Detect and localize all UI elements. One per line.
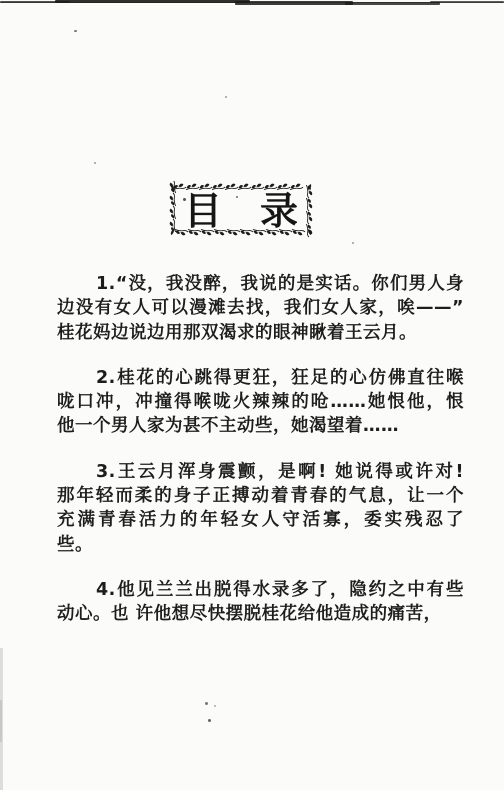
toc-line: 那年轻而柔的身子正搏动着青春的气息，让一个 <box>57 484 464 508</box>
page-title: 目 录 <box>167 181 315 238</box>
toc-entry: 1.“没，我没醉，我说的是实话。你们男人身边没有女人可以漫滩去找，我们女人家，唉… <box>57 272 464 345</box>
scan-artifact-top-edge <box>0 0 504 8</box>
scan-speck <box>74 30 77 32</box>
toc-title-box: 目 录 <box>167 181 315 238</box>
title-char-lu: 录 <box>260 192 298 230</box>
toc-line: 桂花妈边说边用那双渴求的眼神瞅着王云月。 <box>57 321 464 345</box>
toc-line: 3.王云月浑身震颤，是啊! 她说得或许对! <box>57 460 464 484</box>
scanned-book-page: 目 录 1.“没，我没醉，我说的是实话。你们男人身边没有女人可以漫滩去找，我们女… <box>0 0 504 790</box>
toc-entry: 3.王云月浑身震颤，是啊! 她说得或许对!那年轻而柔的身子正搏动着青春的气息，让… <box>57 460 464 557</box>
scan-edge-shadow <box>0 700 2 742</box>
toc-entry: 2.桂花的心跳得更狂，狂足的心仿佛直往喉咙口冲，冲撞得喉咙火辣辣的呛……她恨他，… <box>57 366 464 439</box>
toc-line: 2.桂花的心跳得更狂，狂足的心仿佛直往喉 <box>57 366 464 390</box>
toc-line: 他一个男人家为甚不主动些，她渴望着…… <box>57 414 464 438</box>
toc-line: 1.“没，我没醉，我说的是实话。你们男人身 <box>57 272 464 296</box>
toc-line: 咙口冲，冲撞得喉咙火辣辣的呛……她恨他，恨 <box>57 390 464 414</box>
toc-line: 充满青春活力的年轻女人守活寡，委实残忍了 <box>57 508 464 532</box>
scan-speck <box>225 96 227 98</box>
scan-speck <box>94 162 96 164</box>
toc-line: 边没有女人可以漫滩去找，我们女人家，唉——” <box>57 296 464 320</box>
toc-line: 些。 <box>57 533 464 557</box>
scan-speck <box>208 719 211 722</box>
scan-speck <box>205 702 208 705</box>
scan-speck <box>214 705 216 707</box>
toc-entry: 4.他见兰兰出脱得水录多了，隐约之中有些动心。也 许他想尽快摆脱桂花给他造成的痛… <box>57 578 464 627</box>
toc-line: 4.他见兰兰出脱得水录多了，隐约之中有些 <box>57 578 464 602</box>
title-char-mu: 目 <box>184 192 222 230</box>
toc-line: 动心。也 许他想尽快摆脱桂花给他造成的痛苦， <box>57 602 464 626</box>
toc-paragraphs: 1.“没，我没醉，我说的是实话。你们男人身边没有女人可以漫滩去找，我们女人家，唉… <box>57 272 464 648</box>
scan-speck <box>352 242 354 244</box>
